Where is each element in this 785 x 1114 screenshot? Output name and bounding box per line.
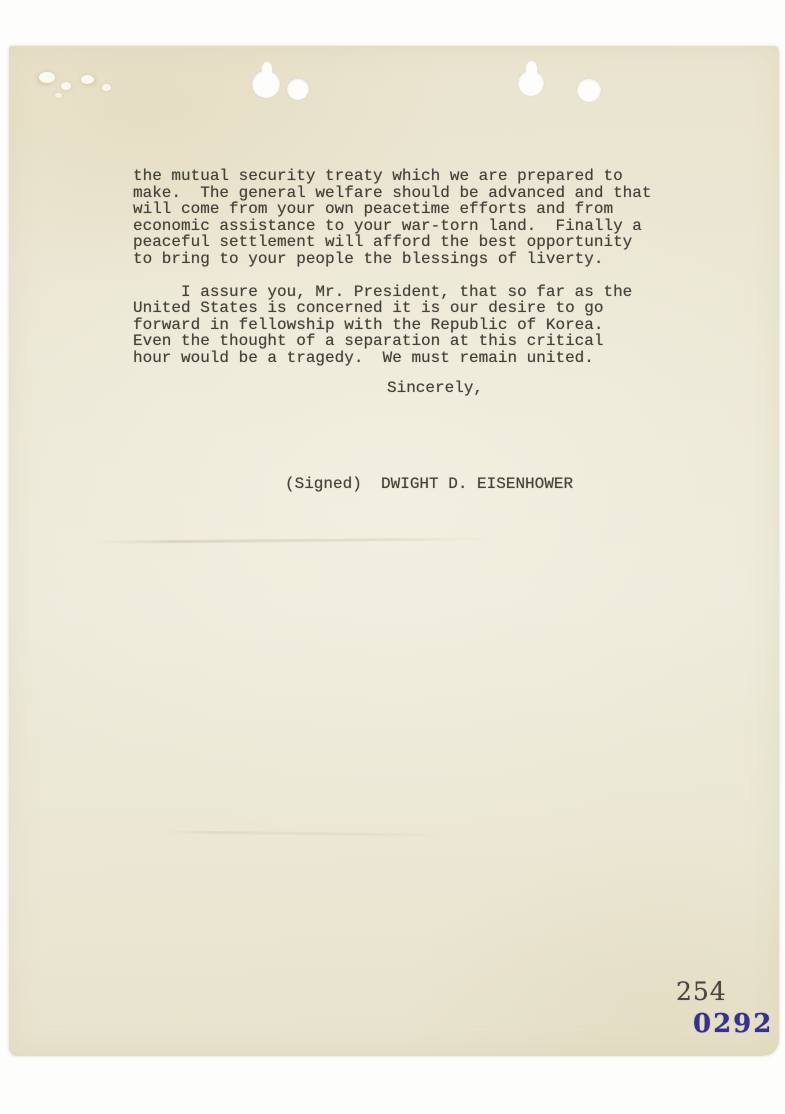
page-number: 254: [676, 977, 727, 1006]
letter-page: the mutual security treaty which we are …: [9, 46, 779, 1056]
body-line: will come from your own peacetime effort…: [133, 201, 651, 218]
body-line: I assure you, Mr. President, that so far…: [133, 284, 651, 301]
body-line: hour would be a tragedy. We must remain …: [133, 350, 651, 367]
punch-hole: [518, 70, 544, 96]
body-line: forward in fellowship with the Republic …: [133, 317, 651, 334]
body-line: Even the thought of a separation at this…: [133, 333, 651, 350]
body-line: United States is concerned it is our des…: [133, 300, 651, 317]
letter-body: the mutual security treaty which we are …: [133, 168, 651, 366]
paper-damage-spot: [102, 84, 111, 91]
signature-line: (Signed) DWIGHT D. EISENHOWER: [285, 476, 573, 493]
body-line: make. The general welfare should be adva…: [133, 185, 651, 202]
paper-damage-spot: [55, 93, 62, 98]
body-line: the mutual security treaty which we are …: [133, 168, 651, 185]
paper-damage-spot: [39, 72, 55, 83]
letter-closing: Sincerely,: [387, 380, 483, 397]
paper-damage-spot: [61, 82, 71, 90]
body-line: economic assistance to your war-torn lan…: [133, 218, 651, 235]
paper-crease: [159, 830, 449, 836]
punch-hole: [287, 78, 309, 100]
paragraph: the mutual security treaty which we are …: [133, 168, 651, 267]
punch-hole: [252, 70, 280, 98]
punch-hole: [577, 78, 601, 102]
body-line: peaceful settlement will afford the best…: [133, 234, 651, 251]
paragraph: I assure you, Mr. President, that so far…: [133, 284, 651, 367]
paper-damage-spot: [81, 75, 94, 84]
archival-stamp-number: 0292: [693, 1009, 773, 1039]
paper-crease: [94, 537, 494, 543]
body-line: to bring to your people the blessings of…: [133, 251, 651, 268]
